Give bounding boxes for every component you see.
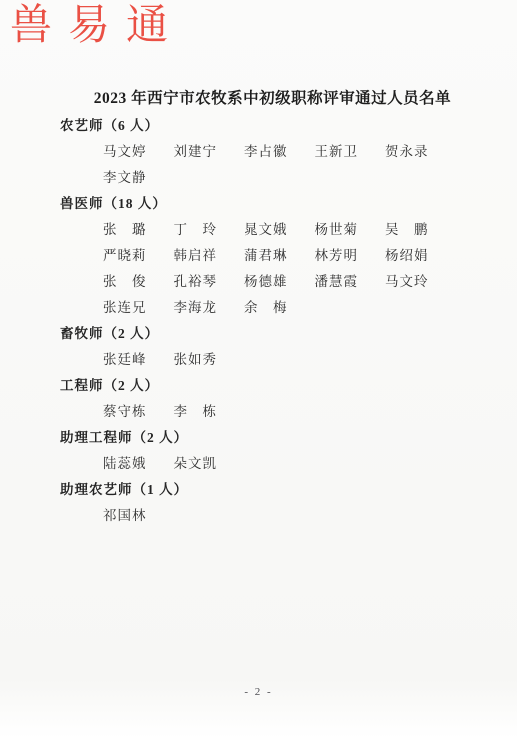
person-name: 刘建宁 [174, 140, 218, 160]
name-row: 严晓莉韩启祥蒲君琳林芳明杨绍娟 [60, 241, 481, 267]
section-heading: 农艺师（6 人） [60, 111, 481, 137]
person-name: 严晓莉 [103, 244, 147, 264]
section-heading: 助理农艺师（1 人） [60, 475, 481, 501]
person-name: 张 俊 [103, 270, 147, 290]
person-name: 马文玲 [385, 270, 429, 290]
section-heading: 工程师（2 人） [60, 371, 481, 397]
name-row: 陆蕊娥朵文凯 [60, 449, 481, 475]
person-name: 李文静 [103, 166, 147, 186]
person-name: 祁国林 [103, 504, 147, 524]
name-row: 张廷峰张如秀 [60, 345, 481, 371]
person-name: 潘慧霞 [315, 270, 359, 290]
person-name: 李占徽 [244, 140, 288, 160]
name-row: 祁国林 [60, 501, 481, 527]
person-name: 陆蕊娥 [103, 452, 147, 472]
person-name: 张廷峰 [103, 348, 147, 368]
person-name: 张 璐 [103, 218, 147, 238]
name-row: 蔡守栋李 栋 [60, 397, 481, 423]
scanned-document-page: 兽易通 2023 年西宁市农牧系中初级职称评审通过人员名单 农艺师（6 人）马文… [0, 0, 517, 738]
section-heading: 畜牧师（2 人） [60, 319, 481, 345]
name-row: 张连兄李海龙余 梅 [60, 293, 481, 319]
person-name: 余 梅 [244, 296, 288, 316]
person-name: 李 栋 [174, 400, 218, 420]
person-name: 林芳明 [315, 244, 359, 264]
person-name: 蒲君琳 [244, 244, 288, 264]
name-row: 张 璐丁 玲晁文娥杨世菊吴 鹏 [60, 215, 481, 241]
section-heading: 兽医师（18 人） [60, 189, 481, 215]
person-name: 杨世菊 [315, 218, 359, 238]
page-number: - 2 - [0, 686, 517, 698]
section-heading: 助理工程师（2 人） [60, 423, 481, 449]
person-name: 马文婷 [103, 140, 147, 160]
person-name: 杨德雄 [244, 270, 288, 290]
document-title: 2023 年西宁市农牧系中初级职称评审通过人员名单 [14, 86, 517, 108]
person-name: 丁 玲 [174, 218, 218, 238]
person-name: 王新卫 [315, 140, 359, 160]
person-name: 韩启祥 [174, 244, 218, 264]
person-name: 吴 鹏 [385, 218, 429, 238]
person-name: 贺永录 [385, 140, 429, 160]
name-row: 李文静 [60, 163, 481, 189]
name-row: 张 俊孔裕琴杨德雄潘慧霞马文玲 [60, 267, 481, 293]
watermark-logo-text: 兽易通 [10, 0, 184, 52]
person-name: 张连兄 [103, 296, 147, 316]
person-name: 孔裕琴 [174, 270, 218, 290]
person-name: 蔡守栋 [103, 400, 147, 420]
person-name: 朵文凯 [174, 452, 218, 472]
person-name: 杨绍娟 [385, 244, 429, 264]
person-name: 张如秀 [174, 348, 218, 368]
name-row: 马文婷刘建宁李占徽王新卫贺永录 [60, 137, 481, 163]
person-name: 晁文娥 [244, 218, 288, 238]
sections-container: 农艺师（6 人）马文婷刘建宁李占徽王新卫贺永录李文静兽医师（18 人）张 璐丁 … [60, 111, 481, 527]
person-name: 李海龙 [174, 296, 218, 316]
